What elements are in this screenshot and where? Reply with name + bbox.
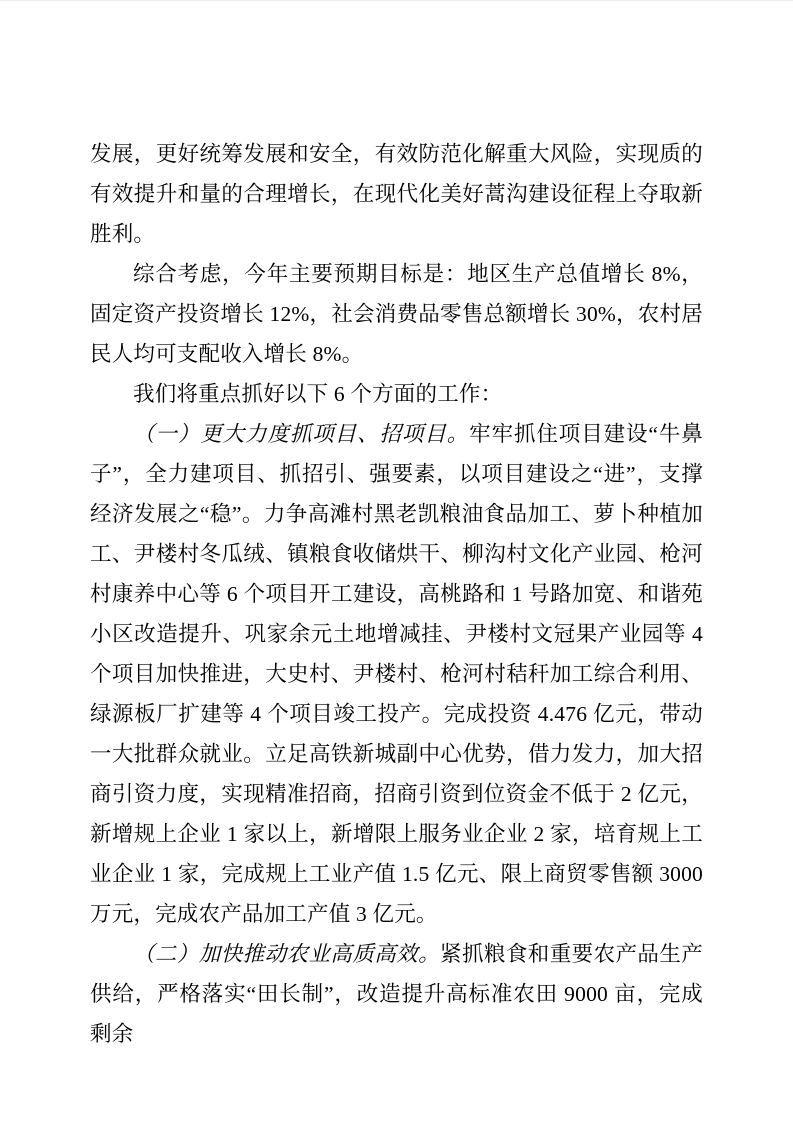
text-run: 我们将重点抓好以下 6 个方面的工作： <box>133 382 502 406</box>
text-run: 牢牢抓住项目建设“牛鼻子”，全力建项目、抓招引、强要素，以项目建设之“进”，支撑… <box>90 422 703 926</box>
paragraph: 我们将重点抓好以下 6 个方面的工作： <box>90 374 703 414</box>
document-page: 发展，更好统筹发展和安全，有效防范化解重大风险，实现质的有效提升和量的合理增长，… <box>0 0 793 1122</box>
paragraph: （二）加快推动农业高质高效。紧抓粮食和重要农产品生产供给，严格落实“田长制”，改… <box>90 934 703 1054</box>
document-body: 发展，更好统筹发展和安全，有效防范化解重大风险，实现质的有效提升和量的合理增长，… <box>90 134 703 1054</box>
section-heading: （一）更大力度抓项目、招项目。 <box>133 422 469 446</box>
text-run: 发展，更好统筹发展和安全，有效防范化解重大风险，实现质的有效提升和量的合理增长，… <box>90 142 703 246</box>
paragraph: 综合考虑，今年主要预期目标是：地区生产总值增长 8%，固定资产投资增长 12%，… <box>90 254 703 374</box>
paragraph: （一）更大力度抓项目、招项目。牢牢抓住项目建设“牛鼻子”，全力建项目、抓招引、强… <box>90 414 703 934</box>
text-run: 综合考虑，今年主要预期目标是：地区生产总值增长 8%，固定资产投资增长 12%，… <box>90 262 703 366</box>
section-heading: （二）加快推动农业高质高效。 <box>133 942 440 966</box>
paragraph: 发展，更好统筹发展和安全，有效防范化解重大风险，实现质的有效提升和量的合理增长，… <box>90 134 703 254</box>
